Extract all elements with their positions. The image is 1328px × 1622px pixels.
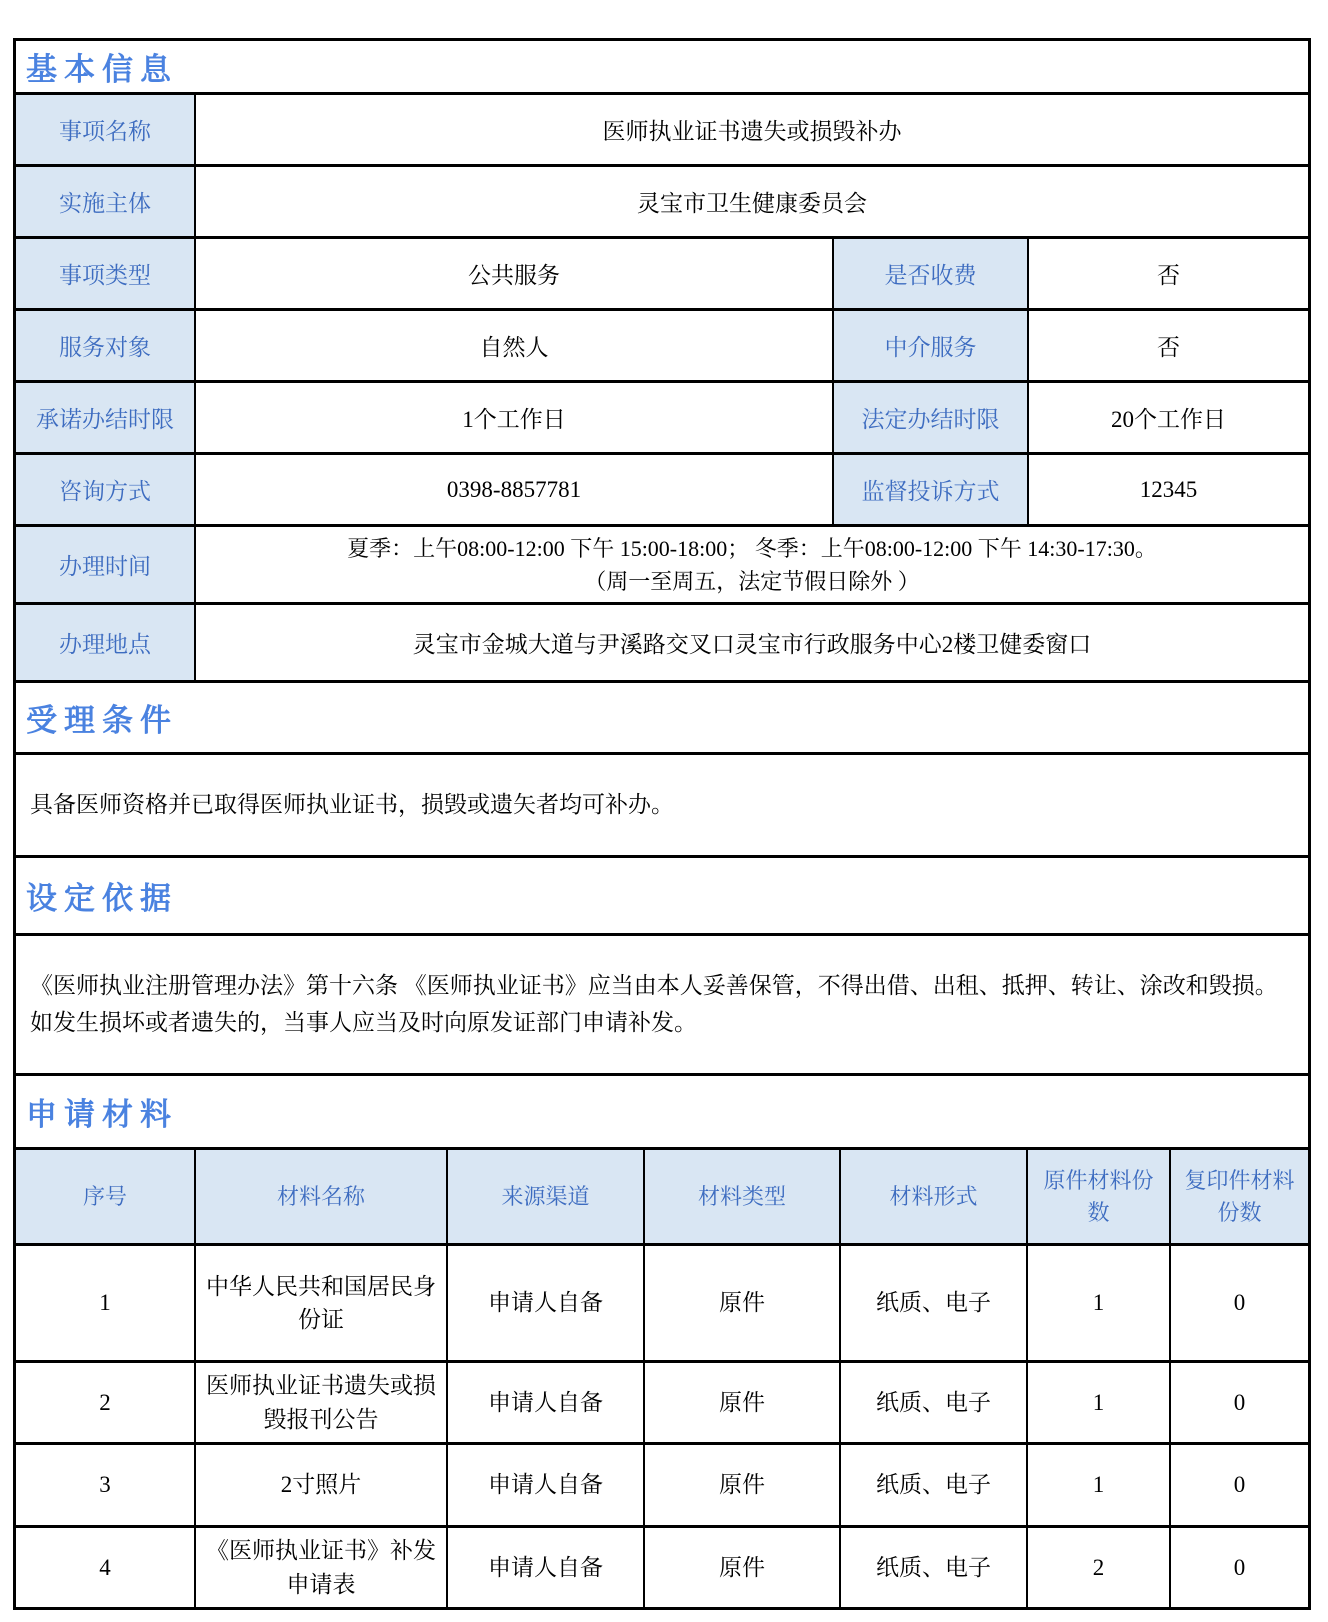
row-value: 12345 [1029, 455, 1308, 524]
table-row: 2 医师执业证书遗失或损毁报刊公告 申请人自备 原件 纸质、电子 1 0 [16, 1363, 1308, 1445]
row-label: 办理地点 [16, 605, 196, 680]
table-row: 实施主体 灵宝市卫生健康委员会 [16, 167, 1308, 239]
materials-header-cell: 原件材料份数 [1028, 1150, 1171, 1243]
row-label: 监督投诉方式 [834, 455, 1029, 524]
row-value: 公共服务 [196, 239, 834, 308]
basis-body: 《医师执业注册管理办法》第十六条 《医师执业证书》应当由本人妥善保管，不得出借、… [16, 936, 1308, 1076]
table-row: 办理地点 灵宝市金城大道与尹溪路交叉口灵宝市行政服务中心2楼卫健委窗口 [16, 605, 1308, 683]
materials-cell-name: 《医师执业证书》补发申请表 [196, 1528, 448, 1607]
section-title-basis: 设定依据 [16, 858, 1308, 936]
materials-cell-name: 2寸照片 [196, 1445, 448, 1525]
materials-header-cell: 材料类型 [645, 1150, 841, 1243]
materials-cell-type: 原件 [645, 1528, 841, 1607]
materials-cell-seq: 4 [16, 1528, 196, 1607]
row-label: 法定办结时限 [834, 383, 1029, 452]
row-value: 灵宝市卫生健康委员会 [196, 167, 1308, 236]
row-label: 事项名称 [16, 95, 196, 164]
section-title-acceptance: 受理条件 [16, 683, 1308, 755]
table-row: 1 中华人民共和国居民身份证 申请人自备 原件 纸质、电子 1 0 [16, 1246, 1308, 1363]
materials-cell-seq: 1 [16, 1246, 196, 1360]
materials-cell-seq: 2 [16, 1363, 196, 1442]
row-label: 实施主体 [16, 167, 196, 236]
materials-cell-name: 医师执业证书遗失或损毁报刊公告 [196, 1363, 448, 1442]
materials-header-cell: 复印件材料份数 [1171, 1150, 1308, 1243]
materials-cell-form: 纸质、电子 [841, 1445, 1028, 1525]
materials-cell-source: 申请人自备 [448, 1363, 645, 1442]
materials-header-row: 序号 材料名称 来源渠道 材料类型 材料形式 原件材料份数 复印件材料份数 [16, 1150, 1308, 1246]
table-row: 事项名称 医师执业证书遗失或损毁补办 [16, 95, 1308, 167]
row-value: 0398-8857781 [196, 455, 834, 524]
materials-cell-type: 原件 [645, 1246, 841, 1360]
row-value: 否 [1029, 239, 1308, 308]
row-value: 否 [1029, 311, 1308, 380]
materials-cell-original-count: 1 [1028, 1445, 1171, 1525]
materials-cell-copy-count: 0 [1171, 1445, 1308, 1525]
materials-cell-copy-count: 0 [1171, 1528, 1308, 1607]
table-row: 事项类型 公共服务 是否收费 否 [16, 239, 1308, 311]
materials-cell-source: 申请人自备 [448, 1528, 645, 1607]
materials-header-cell: 材料形式 [841, 1150, 1028, 1243]
materials-header-cell: 材料名称 [196, 1150, 448, 1243]
row-label: 是否收费 [834, 239, 1029, 308]
row-label: 承诺办结时限 [16, 383, 196, 452]
materials-header-cell: 来源渠道 [448, 1150, 645, 1243]
section-title-materials: 申请材料 [16, 1076, 1308, 1150]
table-row: 4 《医师执业证书》补发申请表 申请人自备 原件 纸质、电子 2 0 [16, 1528, 1308, 1607]
materials-cell-source: 申请人自备 [448, 1246, 645, 1360]
table-row: 服务对象 自然人 中介服务 否 [16, 311, 1308, 383]
materials-header-cell: 序号 [16, 1150, 196, 1243]
row-value: 1个工作日 [196, 383, 834, 452]
row-label: 事项类型 [16, 239, 196, 308]
materials-cell-source: 申请人自备 [448, 1445, 645, 1525]
row-label: 服务对象 [16, 311, 196, 380]
materials-cell-form: 纸质、电子 [841, 1528, 1028, 1607]
materials-cell-type: 原件 [645, 1445, 841, 1525]
materials-cell-original-count: 1 [1028, 1246, 1171, 1360]
materials-cell-original-count: 1 [1028, 1363, 1171, 1442]
materials-cell-original-count: 2 [1028, 1528, 1171, 1607]
table-row: 办理时间 夏季：上午08:00-12:00 下午 15:00-18:00； 冬季… [16, 527, 1308, 605]
row-value: 医师执业证书遗失或损毁补办 [196, 95, 1308, 164]
materials-cell-copy-count: 0 [1171, 1363, 1308, 1442]
row-value: 20个工作日 [1029, 383, 1308, 452]
materials-cell-form: 纸质、电子 [841, 1363, 1028, 1442]
materials-cell-name: 中华人民共和国居民身份证 [196, 1246, 448, 1360]
table-row: 承诺办结时限 1个工作日 法定办结时限 20个工作日 [16, 383, 1308, 455]
table-row: 3 2寸照片 申请人自备 原件 纸质、电子 1 0 [16, 1445, 1308, 1528]
row-label: 咨询方式 [16, 455, 196, 524]
service-info-document: 基本信息 事项名称 医师执业证书遗失或损毁补办 实施主体 灵宝市卫生健康委员会 … [13, 38, 1311, 1610]
materials-cell-seq: 3 [16, 1445, 196, 1525]
section-title-basic-info: 基本信息 [16, 41, 1308, 95]
materials-cell-type: 原件 [645, 1363, 841, 1442]
row-label: 中介服务 [834, 311, 1029, 380]
office-hours-line1: 夏季：上午08:00-12:00 下午 15:00-18:00； 冬季：上午08… [347, 532, 1157, 565]
acceptance-body: 具备医师资格并已取得医师执业证书，损毁或遗矢者均可补办。 [16, 755, 1308, 858]
row-value: 自然人 [196, 311, 834, 380]
row-value: 灵宝市金城大道与尹溪路交叉口灵宝市行政服务中心2楼卫健委窗口 [196, 605, 1308, 680]
office-hours-line2: （周一至周五，法定节假日除外 ） [584, 565, 920, 598]
row-label: 办理时间 [16, 527, 196, 602]
materials-cell-copy-count: 0 [1171, 1246, 1308, 1360]
table-row: 咨询方式 0398-8857781 监督投诉方式 12345 [16, 455, 1308, 527]
row-value: 夏季：上午08:00-12:00 下午 15:00-18:00； 冬季：上午08… [196, 527, 1308, 602]
materials-cell-form: 纸质、电子 [841, 1246, 1028, 1360]
